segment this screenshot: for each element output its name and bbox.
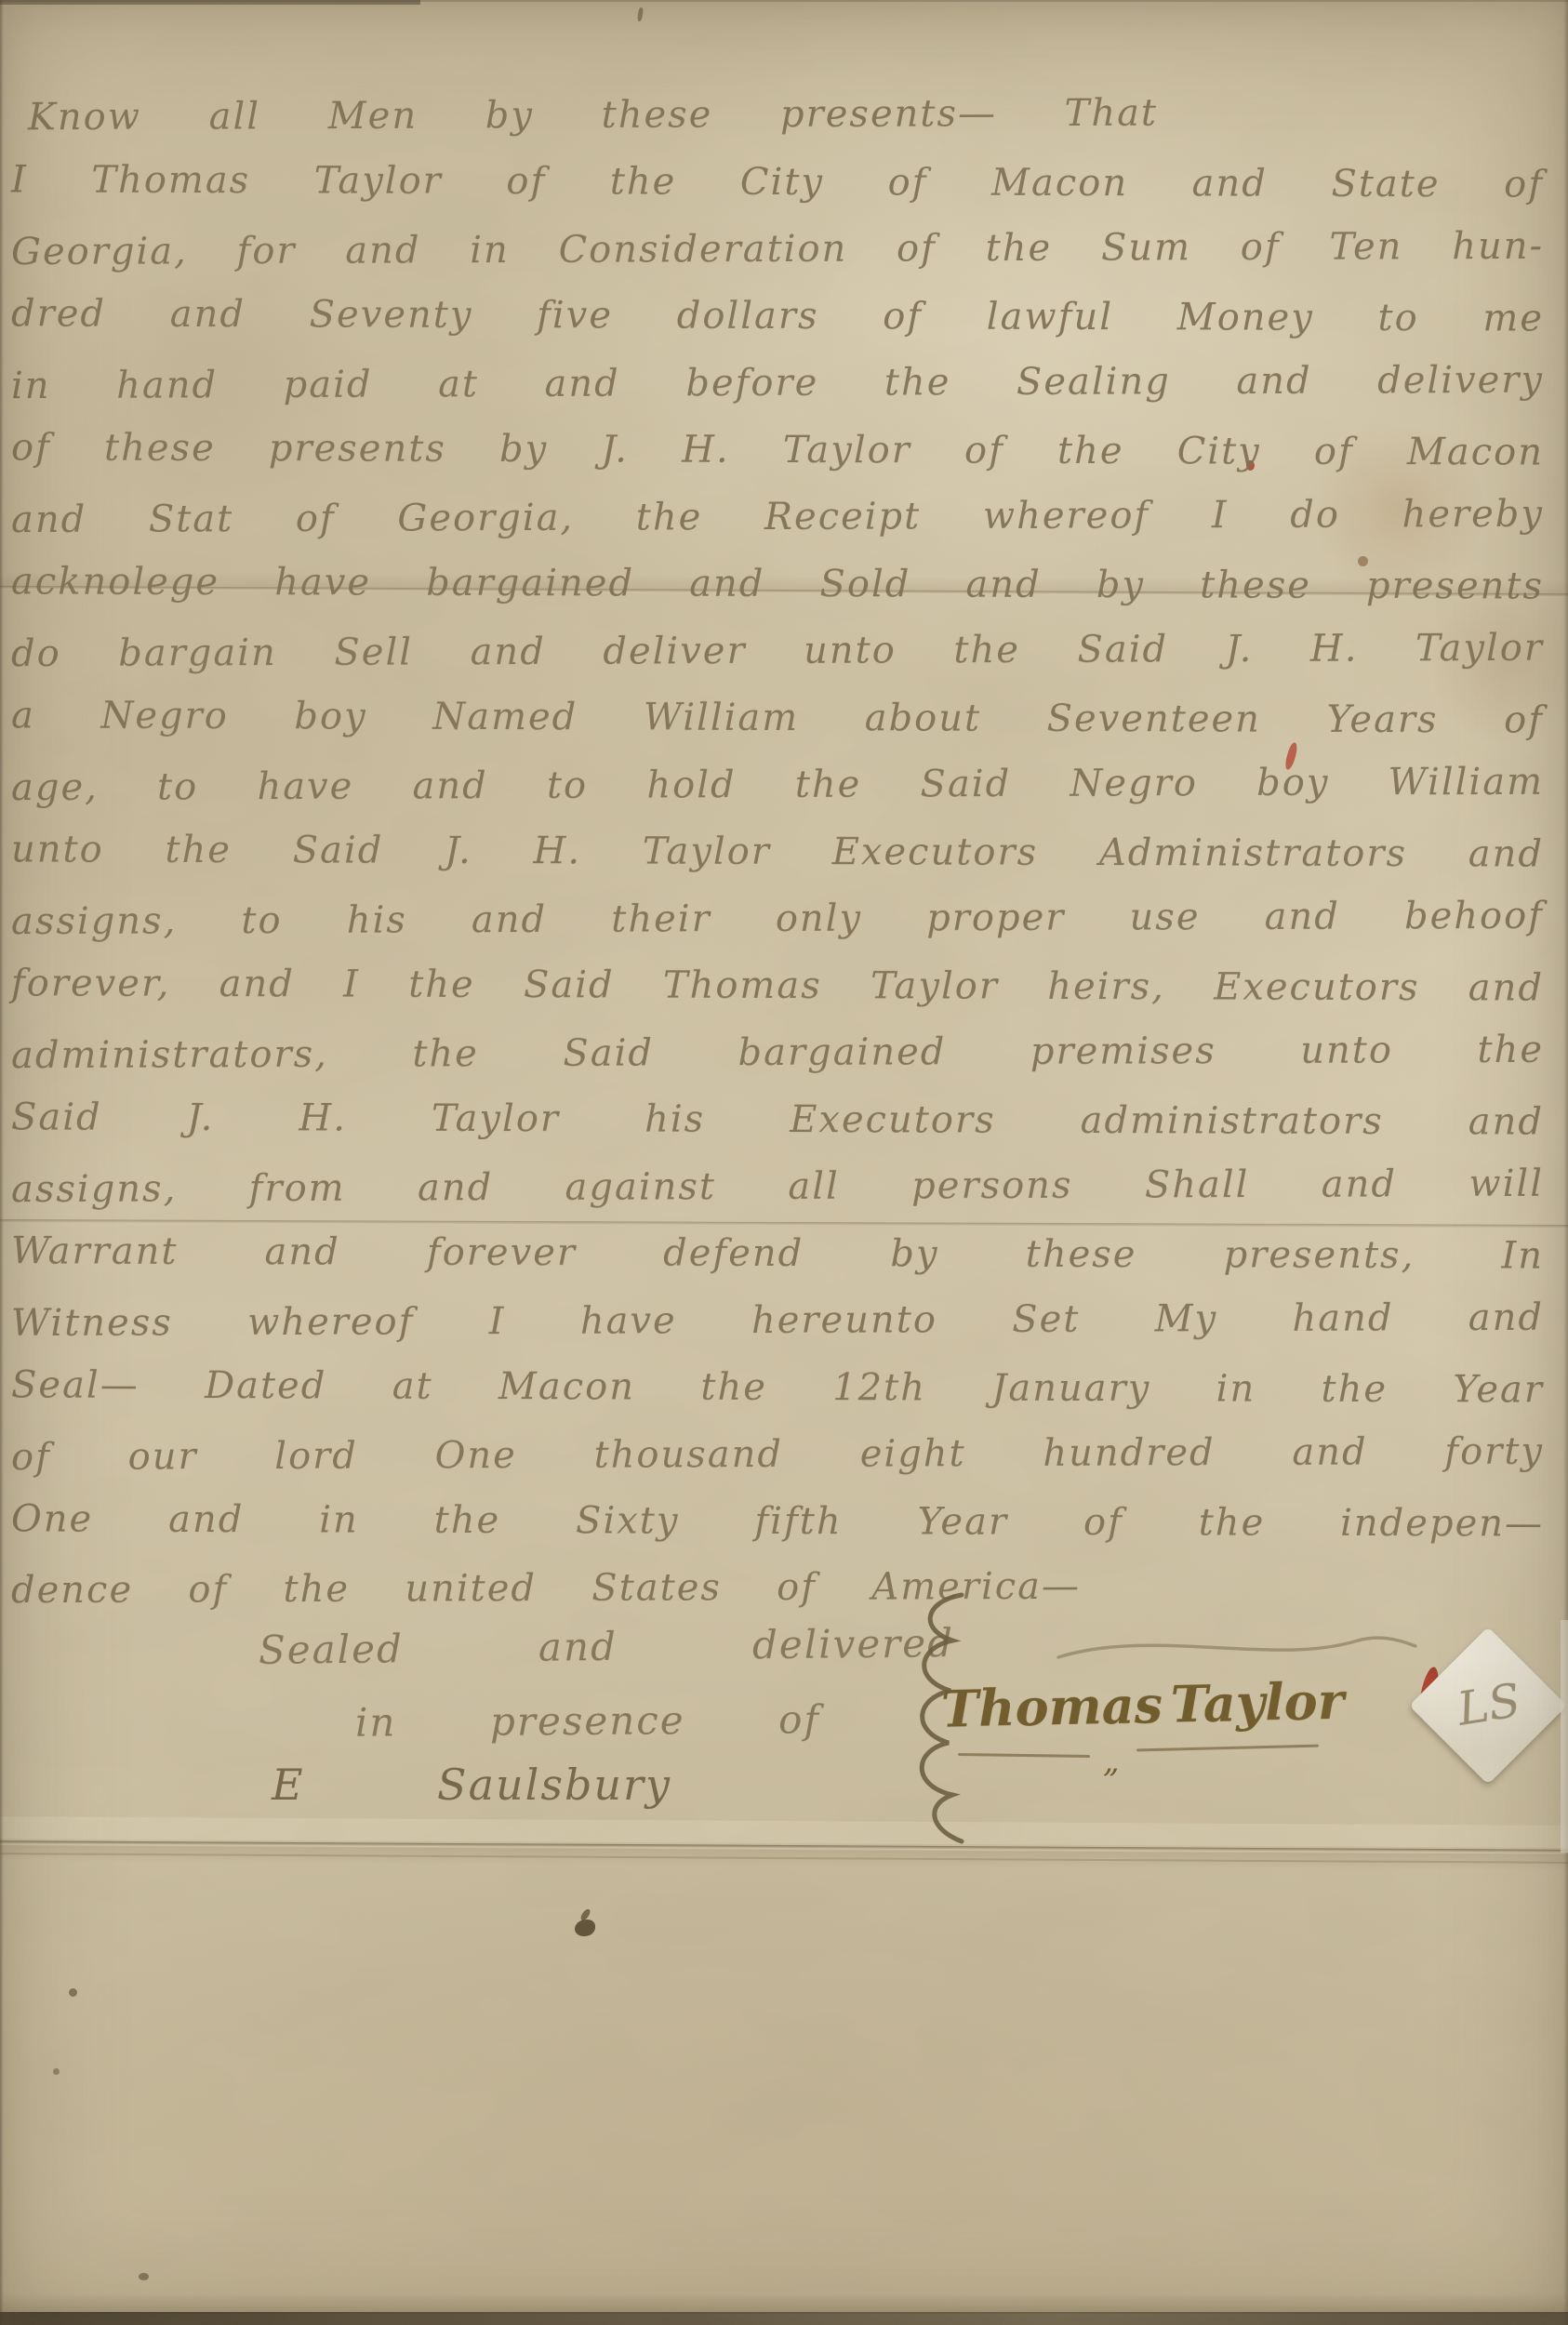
speck — [53, 2068, 60, 2075]
seller-signature: Thomas Taylor — [940, 1667, 1369, 1742]
ink-blot — [575, 1920, 595, 1936]
seal-monogram: LS — [1442, 1666, 1535, 1743]
manuscript-line: I Thomas Taylor of the City of Macon and… — [11, 153, 1544, 211]
manuscript-line: in hand paid at and before the Sealing a… — [11, 353, 1544, 413]
manuscript-line: acknolege have bargained and Sold and by… — [11, 554, 1544, 613]
manuscript-line: Seal— Dated at Macon the 12th January in… — [11, 1358, 1544, 1416]
manuscript-line: assigns, from and against all persons Sh… — [11, 1157, 1544, 1216]
manuscript-line: forever, and I the Said Thomas Taylor he… — [11, 956, 1544, 1015]
manuscript-line: dred and Seventy five dollars of lawful … — [11, 286, 1544, 345]
manuscript-line: do bargain Sell and deliver unto the Sai… — [11, 621, 1544, 681]
manuscript-line: unto the Said J. H. Taylor Executors Adm… — [11, 822, 1544, 881]
sealed-delivered-line: Sealed and delivered — [259, 1616, 955, 1678]
paper-edge-bottom-shadow — [0, 2293, 1568, 2314]
manuscript-line: Georgia, for and in Consideration of the… — [11, 219, 1544, 279]
signature-underline — [1136, 1745, 1319, 1752]
signature-ditto-mark: „ — [1103, 1743, 1120, 1780]
manuscript-line: Warrant and forever defend by these pres… — [11, 1224, 1544, 1282]
manuscript-line: of these presents by J. H. Taylor of the… — [11, 420, 1544, 479]
speck — [139, 2273, 149, 2280]
speck — [69, 1988, 77, 1997]
manuscript-line: of our lord One thousand eight hundred a… — [11, 1425, 1544, 1484]
manuscript-line: a Negro boy Named William about Seventee… — [11, 688, 1544, 747]
manuscript-line: Said J. H. Taylor his Executors administ… — [11, 1090, 1544, 1149]
paper-seal: LS — [1415, 1635, 1564, 1802]
paper-edge-bottom — [0, 2312, 1568, 2325]
manuscript-line: and Stat of Georgia, the Receipt whereof… — [11, 487, 1544, 547]
signature-flourish — [1051, 1626, 1423, 1672]
manuscript-line: Witness whereof I have hereunto Set My h… — [11, 1291, 1544, 1350]
manuscript-page: Know all Men by these presents— That I T… — [0, 0, 1568, 2325]
manuscript-line: Know all Men by these presents— That — [28, 86, 1158, 145]
speck — [637, 7, 644, 22]
manuscript-line: One and in the Sixty fifth Year of the i… — [11, 1492, 1544, 1550]
paper-edge-left — [0, 0, 4, 2325]
manuscript-line: age, to have and to hold the Said Negro … — [11, 755, 1544, 815]
signature-underline — [958, 1753, 1090, 1758]
paper-edge-top-left — [0, 0, 420, 5]
manuscript-line: dence of the united States of America— — [11, 1560, 1081, 1617]
paper-edge-sliver — [1561, 1620, 1568, 1853]
manuscript-line: administrators, the Said bargained premi… — [11, 1023, 1544, 1083]
manuscript-line: assigns, to his and their only proper us… — [11, 889, 1544, 949]
in-presence-of-line: in presence of — [355, 1693, 820, 1749]
witness-signature: E Saulsbury — [272, 1758, 671, 1812]
paper-edge-right — [1563, 0, 1568, 2325]
